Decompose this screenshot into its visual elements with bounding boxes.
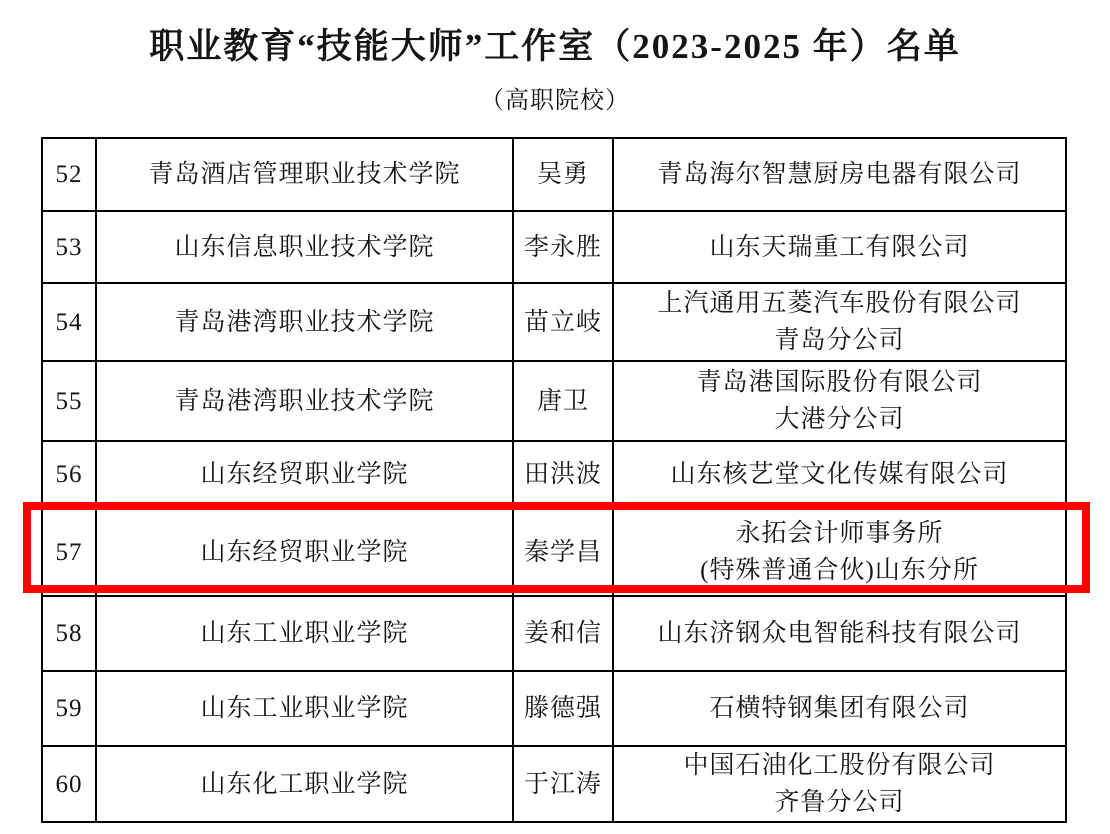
company-cell: 永拓会计师事务所 (特殊普通合伙)山东分所 (613, 508, 1066, 596)
person-cell: 姜和信 (513, 596, 613, 671)
person-cell: 于江涛 (513, 746, 613, 822)
school-cell: 青岛酒店管理职业技术学院 (96, 138, 513, 211)
row-number: 58 (42, 596, 96, 671)
table-row: 59 山东工业职业学院 滕德强 石横特钢集团有限公司 (42, 671, 1066, 746)
row-number: 57 (42, 508, 96, 596)
company-cell: 上汽通用五菱汽车股份有限公司 青岛分公司 (613, 283, 1066, 361)
school-cell: 青岛港湾职业技术学院 (96, 283, 513, 361)
row-number: 53 (42, 211, 96, 283)
table-row: 56 山东经贸职业学院 田洪波 山东核艺堂文化传媒有限公司 (42, 441, 1066, 508)
workshop-roster-table: 52 青岛酒店管理职业技术学院 吴勇 青岛海尔智慧厨房电器有限公司 53 山东信… (41, 137, 1067, 823)
company-cell: 山东天瑞重工有限公司 (613, 211, 1066, 283)
table-row: 54 青岛港湾职业技术学院 苗立岐 上汽通用五菱汽车股份有限公司 青岛分公司 (42, 283, 1066, 361)
row-number: 52 (42, 138, 96, 211)
school-cell: 山东化工职业学院 (96, 746, 513, 822)
person-cell: 秦学昌 (513, 508, 613, 596)
table-row: 52 青岛酒店管理职业技术学院 吴勇 青岛海尔智慧厨房电器有限公司 (42, 138, 1066, 211)
school-cell: 山东信息职业技术学院 (96, 211, 513, 283)
person-cell: 唐卫 (513, 361, 613, 441)
row-number: 60 (42, 746, 96, 822)
table-row: 60 山东化工职业学院 于江涛 中国石油化工股份有限公司 齐鲁分公司 (42, 746, 1066, 822)
person-cell: 滕德强 (513, 671, 613, 746)
school-cell: 山东工业职业学院 (96, 596, 513, 671)
page-subtitle: （高职院校） (0, 80, 1110, 115)
row-number: 55 (42, 361, 96, 441)
company-cell: 中国石油化工股份有限公司 齐鲁分公司 (613, 746, 1066, 822)
company-cell: 山东核艺堂文化传媒有限公司 (613, 441, 1066, 508)
row-number: 59 (42, 671, 96, 746)
company-cell: 青岛海尔智慧厨房电器有限公司 (613, 138, 1066, 211)
table-row-highlighted: 57 山东经贸职业学院 秦学昌 永拓会计师事务所 (特殊普通合伙)山东分所 (42, 508, 1066, 596)
person-cell: 苗立岐 (513, 283, 613, 361)
page-title: 职业教育“技能大师”工作室（2023-2025 年）名单 (0, 26, 1110, 68)
table-row: 55 青岛港湾职业技术学院 唐卫 青岛港国际股份有限公司 大港分公司 (42, 361, 1066, 441)
person-cell: 吴勇 (513, 138, 613, 211)
company-cell: 青岛港国际股份有限公司 大港分公司 (613, 361, 1066, 441)
person-cell: 田洪波 (513, 441, 613, 508)
row-number: 54 (42, 283, 96, 361)
school-cell: 山东工业职业学院 (96, 671, 513, 746)
table-row: 53 山东信息职业技术学院 李永胜 山东天瑞重工有限公司 (42, 211, 1066, 283)
school-cell: 山东经贸职业学院 (96, 441, 513, 508)
company-cell: 山东济钢众电智能科技有限公司 (613, 596, 1066, 671)
person-cell: 李永胜 (513, 211, 613, 283)
school-cell: 山东经贸职业学院 (96, 508, 513, 596)
row-number: 56 (42, 441, 96, 508)
company-cell: 石横特钢集团有限公司 (613, 671, 1066, 746)
table-row: 58 山东工业职业学院 姜和信 山东济钢众电智能科技有限公司 (42, 596, 1066, 671)
school-cell: 青岛港湾职业技术学院 (96, 361, 513, 441)
